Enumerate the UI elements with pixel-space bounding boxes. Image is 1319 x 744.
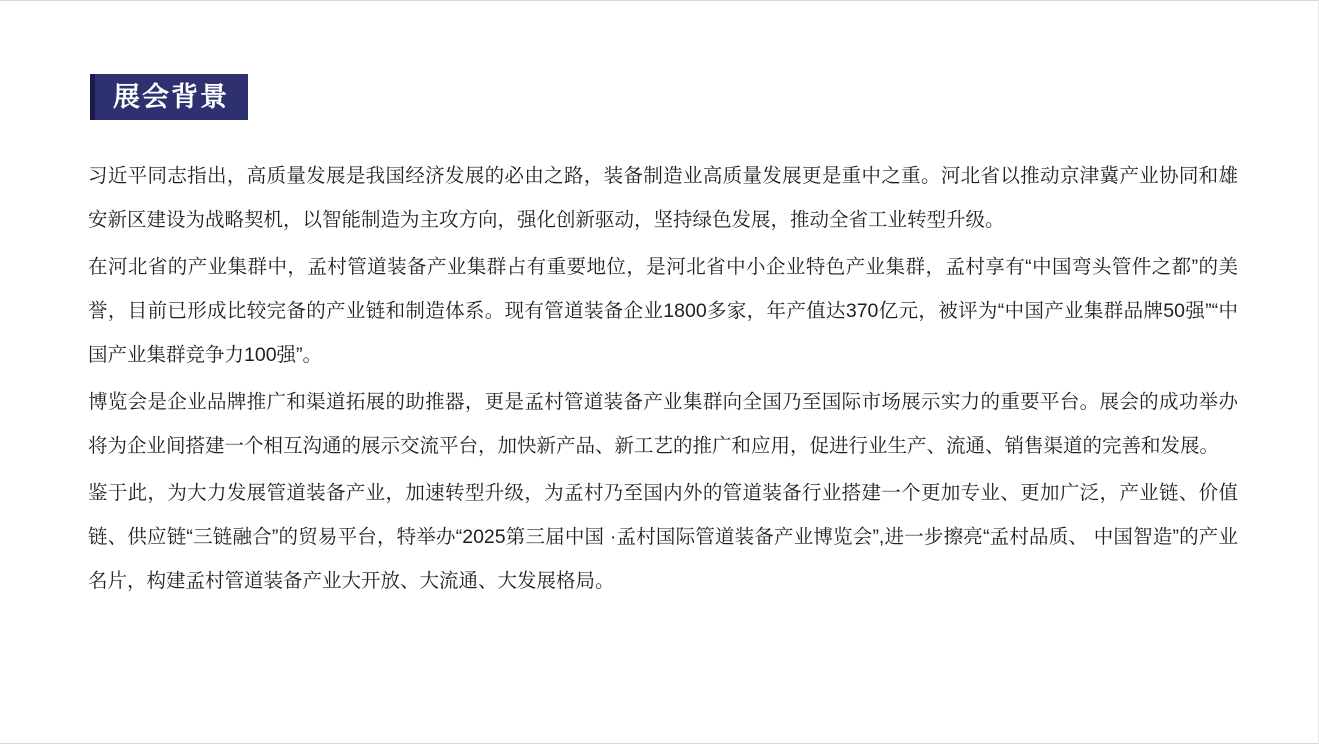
exhibition-background-page: 展会背景 习近平同志指出，高质量发展是我国经济发展的必由之路，装备制造业高质量发… <box>0 0 1319 744</box>
paragraph-expo-purpose: 鉴于此，为大力发展管道装备产业，加速转型升级，为孟村乃至国内外的管道装备行业搭建… <box>88 471 1238 603</box>
paragraph-expo-platform: 博览会是企业品牌推广和渠道拓展的助推器，更是孟村管道装备产业集群向全国乃至国际市… <box>88 380 1238 468</box>
section-title-badge: 展会背景 <box>90 74 248 120</box>
paragraph-quality-development: 习近平同志指出，高质量发展是我国经济发展的必由之路，装备制造业高质量发展更是重中… <box>88 154 1238 242</box>
section-body: 习近平同志指出，高质量发展是我国经济发展的必由之路，装备制造业高质量发展更是重中… <box>88 154 1238 603</box>
paragraph-mengcun-cluster: 在河北省的产业集群中，孟村管道装备产业集群占有重要地位，是河北省中小企业特色产业… <box>88 245 1238 377</box>
